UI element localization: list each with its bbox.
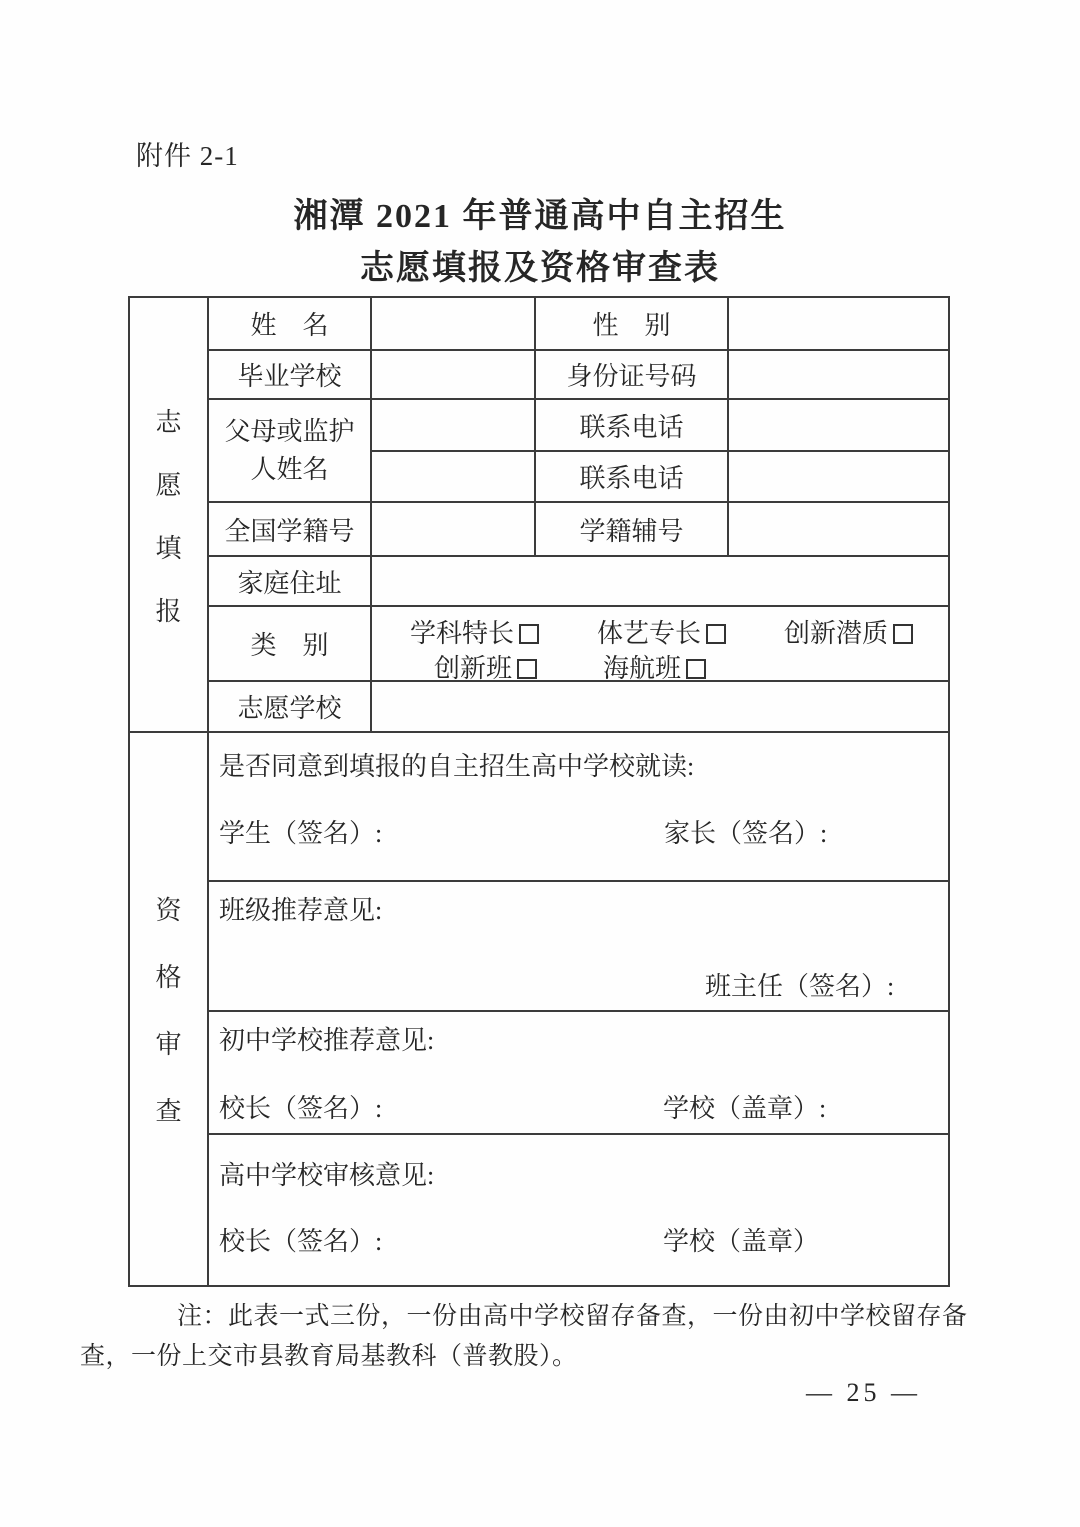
category-options-row2: 创新班 海航班	[434, 648, 706, 685]
checkbox-icon	[517, 659, 537, 679]
graduate-school-value-cell	[371, 350, 535, 399]
side-char: 填	[155, 528, 181, 565]
senior-school-title: 高中学校审核意见:	[219, 1155, 434, 1192]
guardian-label-line2: 人姓名	[250, 455, 328, 484]
side-char: 审	[155, 1024, 181, 1061]
note-text: 注：此表一式三份，一份由高中学校留存备查，一份由初中学校留存备查，一份上交市县教…	[80, 1297, 968, 1377]
side-char: 格	[155, 957, 181, 994]
category-option-label: 海航班	[603, 654, 681, 683]
category-options-row1: 学科特长 体艺专长 创新潜质	[410, 613, 913, 650]
guardian-value-cell-2	[371, 451, 535, 502]
senior-principal-signature-label: 校长（签名）:	[219, 1221, 382, 1258]
side-char: 志	[155, 402, 181, 439]
class-recommendation-title: 班级推荐意见:	[219, 890, 382, 927]
guardian-value-cell-1	[371, 399, 535, 451]
phone1-label: 联系电话	[535, 399, 728, 451]
guardian-name-label: 父母或监护 人姓名	[208, 399, 371, 502]
junior-school-seal-label: 学校（盖章）:	[663, 1088, 826, 1125]
guardian-label-line1: 父母或监护	[224, 417, 354, 446]
id-number-label: 身份证号码	[535, 350, 728, 399]
category-option-label: 创新潜质	[784, 619, 888, 648]
junior-school-title: 初中学校推荐意见:	[219, 1020, 434, 1057]
page-number: — 25 —	[806, 1378, 921, 1408]
section-volunteer-side-label: 志 愿 填 报	[129, 297, 208, 732]
document-page: 附件 2-1 湘潭 2021 年普通高中自主招生 志愿填报及资格审查表 志 愿 …	[0, 0, 1080, 1527]
name-value-cell	[371, 297, 535, 350]
head-teacher-signature-label: 班主任（签名）:	[705, 966, 894, 1003]
side-char: 查	[155, 1091, 181, 1128]
category-options-cell: 学科特长 体艺专长 创新潜质 创新班 海航班	[371, 606, 949, 681]
checkbox-icon	[519, 624, 539, 644]
home-address-label: 家庭住址	[208, 556, 371, 606]
id-number-value-cell	[728, 350, 949, 399]
form-table: 志 愿 填 报 姓 名 性 别 毕业学校 身份证号码 父母或监护 人姓名	[128, 296, 950, 1287]
checkbox-icon	[893, 624, 913, 644]
student-aux-id-value-cell	[728, 502, 949, 556]
section-qualification-side-label: 资 格 审 查	[129, 732, 208, 1286]
category-option: 学科特长	[410, 613, 539, 650]
phone2-label: 联系电话	[535, 451, 728, 502]
checkbox-icon	[686, 659, 706, 679]
phone1-value-cell	[728, 399, 949, 451]
home-address-value-cell	[371, 556, 949, 606]
volunteer-school-label: 志愿学校	[208, 681, 371, 732]
category-option-label: 创新班	[434, 654, 512, 683]
side-char: 报	[155, 591, 181, 628]
side-char: 愿	[155, 465, 181, 502]
senior-school-review-cell: 高中学校审核意见: 校长（签名）: 学校（盖章）	[208, 1134, 949, 1286]
graduate-school-label: 毕业学校	[208, 350, 371, 399]
category-option-label: 学科特长	[410, 619, 514, 648]
checkbox-icon	[706, 624, 726, 644]
category-option: 海航班	[603, 648, 706, 685]
consent-cell: 是否同意到填报的自主招生高中学校就读: 学生（签名）: 家长（签名）:	[208, 732, 949, 881]
document-title-line2: 志愿填报及资格审查表	[0, 240, 1080, 289]
student-signature-label: 学生（签名）:	[219, 813, 382, 850]
senior-school-seal-label: 学校（盖章）	[663, 1221, 819, 1258]
junior-school-recommendation-cell: 初中学校推荐意见: 校长（签名）: 学校（盖章）:	[208, 1011, 949, 1134]
class-recommendation-cell: 班级推荐意见: 班主任（签名）:	[208, 881, 949, 1011]
national-student-id-value-cell	[371, 502, 535, 556]
category-option-label: 体艺专长	[597, 619, 701, 648]
phone2-value-cell	[728, 451, 949, 502]
national-student-id-label: 全国学籍号	[208, 502, 371, 556]
gender-value-cell	[728, 297, 949, 350]
name-label: 姓 名	[208, 297, 371, 350]
category-option: 体艺专长	[597, 613, 726, 650]
volunteer-school-value-cell	[371, 681, 949, 732]
gender-label: 性 别	[535, 297, 728, 350]
attachment-label: 附件 2-1	[136, 134, 239, 173]
parent-signature-label: 家长（签名）:	[664, 813, 827, 850]
consent-question: 是否同意到填报的自主招生高中学校就读:	[219, 746, 694, 783]
student-aux-id-label: 学籍辅号	[535, 502, 728, 556]
side-char: 资	[155, 890, 181, 927]
junior-principal-signature-label: 校长（签名）:	[219, 1088, 382, 1125]
category-option: 创新班	[434, 648, 537, 685]
category-label: 类 别	[208, 606, 371, 681]
category-option: 创新潜质	[784, 613, 913, 650]
document-title-line1: 湘潭 2021 年普通高中自主招生	[0, 188, 1080, 237]
